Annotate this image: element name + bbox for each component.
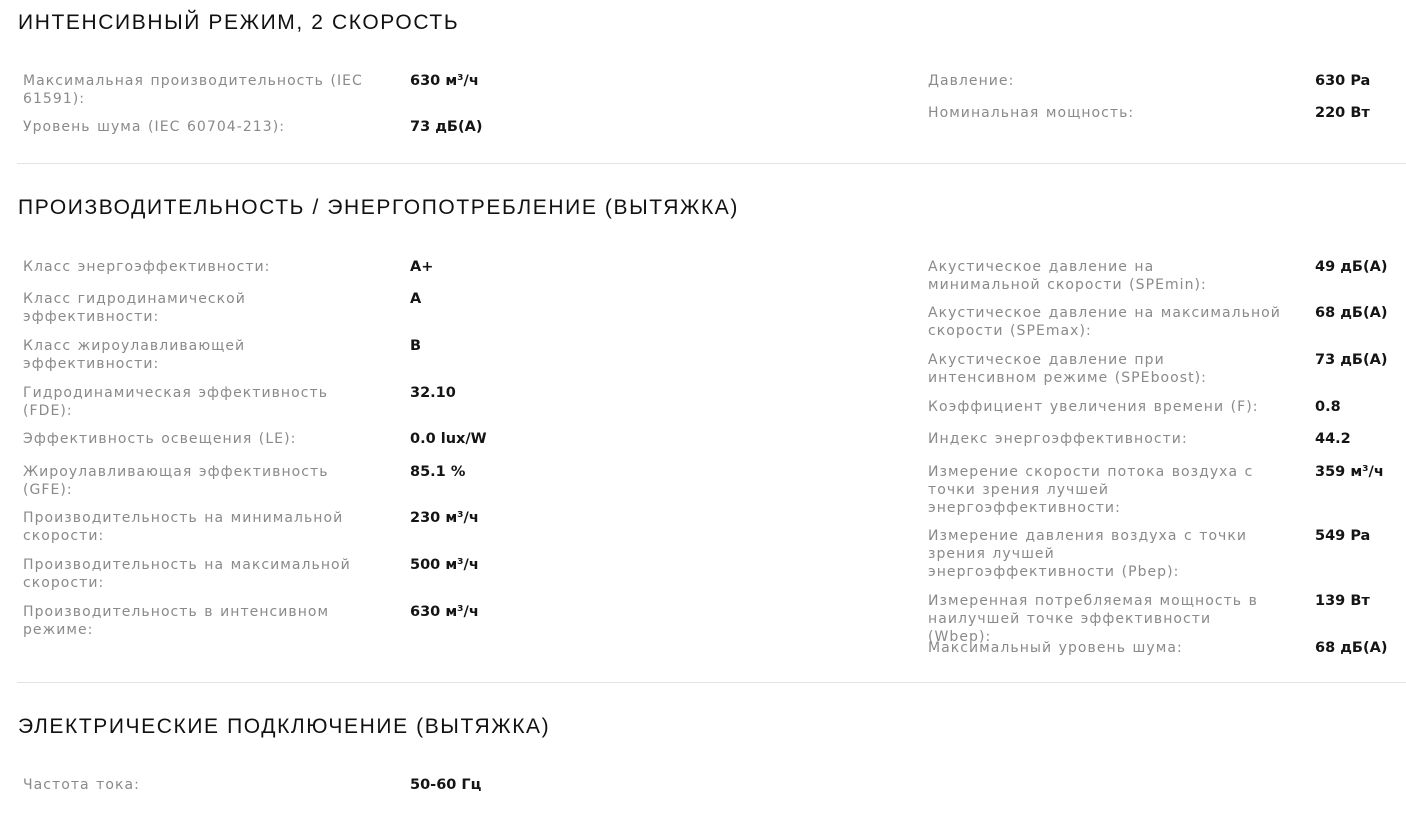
spec-row: Измеренная потребляемая мощность в наилу… [928,592,1278,646]
section-performance-energy: ПРОИЗВОДИТЕЛЬНОСТЬ / ЭНЕРГОПОТРЕБЛЕНИЕ (… [17,164,1406,684]
spec-row: Индекс энергоэффективности: 44.2 [928,430,1298,448]
spec-label: Эффективность освещения (LE): [23,430,393,448]
spec-row: Давление: 630 Pa [928,72,1298,90]
spec-row: Максимальный уровень шума: 68 дБ(А) [928,639,1298,657]
spec-value: 500 м³/ч [410,556,479,574]
spec-row: Коэффициент увеличения времени (F): 0.8 [928,398,1298,416]
spec-row: Номинальная мощность: 220 Вт [928,104,1298,122]
spec-label: Коэффициент увеличения времени (F): [928,398,1298,416]
spec-label: Акустическое давление на максимальной ск… [928,304,1283,340]
section-title: ИНТЕНСИВНЫЙ РЕЖИМ, 2 СКОРОСТЬ [18,11,459,35]
section-electrical: ЭЛЕКТРИЧЕСКИЕ ПОДКЛЮЧЕНИЕ (ВЫТЯЖКА) Част… [17,683,1406,815]
spec-value: 44.2 [1315,430,1351,448]
section-title: ПРОИЗВОДИТЕЛЬНОСТЬ / ЭНЕРГОПОТРЕБЛЕНИЕ (… [18,196,739,220]
spec-label: Акустическое давление на минимальной ско… [928,258,1273,294]
spec-row: Уровень шума (IEC 60704-213): 73 дБ(А) [23,118,393,136]
spec-label: Измеренная потребляемая мощность в наилу… [928,592,1278,646]
spec-label: Производительность в интенсивном режиме: [23,603,348,639]
spec-value: 50-60 Гц [410,776,481,794]
spec-label: Индекс энергоэффективности: [928,430,1298,448]
spec-value: 0.0 lux/W [410,430,487,448]
spec-value: 85.1 % [410,463,465,481]
spec-value: B [410,337,421,355]
spec-label: Класс энергоэффективности: [23,258,393,276]
spec-value: 630 м³/ч [410,603,479,621]
spec-row: Частота тока: 50-60 Гц [23,776,393,794]
spec-label: Гидродинамическая эффективность (FDE): [23,384,343,420]
spec-value: 139 Вт [1315,592,1370,610]
spec-value: 68 дБ(А) [1315,639,1387,657]
spec-row: Акустическое давление на максимальной ск… [928,304,1283,340]
spec-value: A+ [410,258,433,276]
section-title: ЭЛЕКТРИЧЕСКИЕ ПОДКЛЮЧЕНИЕ (ВЫТЯЖКА) [18,715,550,739]
spec-label: Производительность на минимальной скорос… [23,509,363,545]
spec-value: A [410,290,421,308]
spec-row: Акустическое давление при интенсивном ре… [928,351,1218,387]
section-boost-mode: ИНТЕНСИВНЫЙ РЕЖИМ, 2 СКОРОСТЬ Максимальн… [17,0,1406,164]
spec-row: Производительность на минимальной скорос… [23,509,363,545]
spec-value: 359 м³/ч [1315,463,1384,481]
spec-row: Жироулавливающая эффективность (GFE): 85… [23,463,343,499]
spec-row: Измерение скорости потока воздуха с точк… [928,463,1258,517]
spec-label: Измерение скорости потока воздуха с точк… [928,463,1258,517]
spec-row: Класс жироулавливающей эффективности: B [23,337,263,373]
spec-value: 73 дБ(А) [1315,351,1387,369]
spec-label: Акустическое давление при интенсивном ре… [928,351,1218,387]
spec-label: Класс жироулавливающей эффективности: [23,337,263,373]
spec-row: Максимальная производительность (IEC 615… [23,72,393,108]
spec-label: Производительность на максимальной скоро… [23,556,368,592]
spec-label: Максимальная производительность (IEC 615… [23,72,393,108]
spec-value: 549 Pa [1315,527,1370,545]
spec-value: 32.10 [410,384,456,402]
spec-row: Измерение давления воздуха с точки зрени… [928,527,1248,581]
spec-value: 0.8 [1315,398,1341,416]
spec-label: Частота тока: [23,776,393,794]
spec-value: 220 Вт [1315,104,1370,122]
spec-label: Измерение давления воздуха с точки зрени… [928,527,1248,581]
spec-label: Класс гидродинамической эффективности: [23,290,263,326]
spec-row: Гидродинамическая эффективность (FDE): 3… [23,384,343,420]
spec-row: Класс энергоэффективности: A+ [23,258,393,276]
spec-row: Класс гидродинамической эффективности: A [23,290,263,326]
spec-label: Номинальная мощность: [928,104,1298,122]
spec-label: Жироулавливающая эффективность (GFE): [23,463,343,499]
spec-label: Уровень шума (IEC 60704-213): [23,118,393,136]
spec-value: 630 Pa [1315,72,1370,90]
spec-value: 73 дБ(А) [410,118,482,136]
spec-value: 49 дБ(А) [1315,258,1387,276]
spec-row: Эффективность освещения (LE): 0.0 lux/W [23,430,393,448]
spec-row: Производительность на максимальной скоро… [23,556,368,592]
spec-label: Давление: [928,72,1298,90]
spec-row: Производительность в интенсивном режиме:… [23,603,348,639]
spec-row: Акустическое давление на минимальной ско… [928,258,1273,294]
spec-value: 68 дБ(А) [1315,304,1387,322]
spec-label: Максимальный уровень шума: [928,639,1298,657]
spec-value: 230 м³/ч [410,509,479,527]
spec-value: 630 м³/ч [410,72,479,90]
